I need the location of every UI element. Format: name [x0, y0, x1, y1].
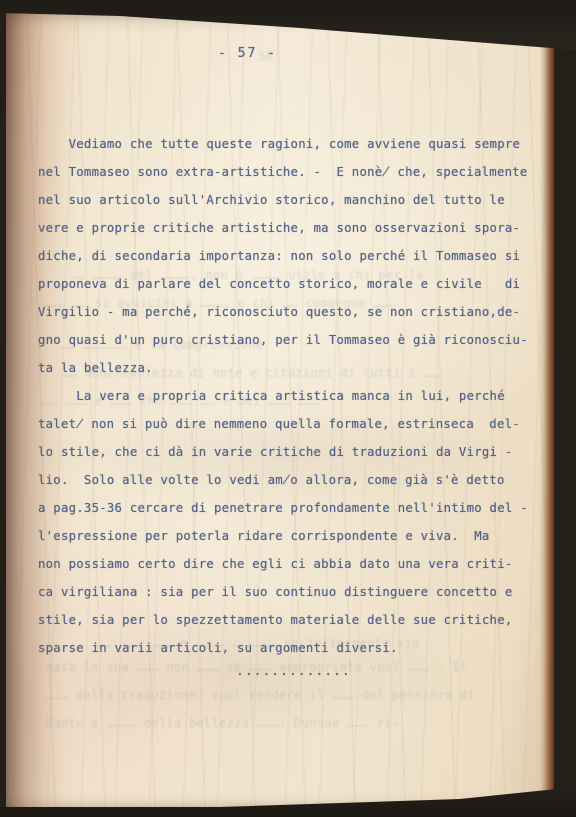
- paragraph-2: La vera e propria critica artistica manc…: [38, 382, 530, 662]
- text-line: Virgilio - ma perché, riconosciuto quest…: [38, 298, 530, 326]
- photo-of-manuscript-page: 58…… ………… del …………, non è ………… utile a c…: [0, 0, 576, 817]
- text-line: La vera e propria critica artistica manc…: [38, 382, 530, 410]
- ghost-line: Dante e ………… della bellezza ………. Dunque …: [46, 716, 400, 730]
- text-line: proponeva di parlare del concetto storic…: [38, 270, 530, 298]
- text-line: talet̸ non si può dire nemmeno quella fo…: [38, 410, 530, 438]
- typewritten-text: Vediamo che tutte queste ragioni, come a…: [38, 130, 530, 662]
- text-line: sparse in varii articoli, su argomenti d…: [38, 634, 530, 662]
- text-line: diche, di secondaria importanza: non sol…: [38, 242, 530, 270]
- stacked-page-edges: [540, 10, 554, 810]
- text-line: nel Tommaseo sono extra-artistiche. - E …: [38, 158, 530, 186]
- text-line: nel suo articolo sull'Archivio storico, …: [38, 186, 530, 214]
- text-line: gno quasi d'un puro cristiano, per il To…: [38, 326, 530, 354]
- text-line: ta la bellezza.: [38, 354, 530, 382]
- text-line: stile, sia per lo spezzettamento materia…: [38, 606, 530, 634]
- text-line: a pag.35-36 cercare di penetrare profond…: [38, 494, 530, 522]
- ellipsis-line: .............: [236, 664, 351, 679]
- text-line: lio. Solo alle volte lo vedi am̸o allora…: [38, 466, 530, 494]
- ghost-line: ……… della traduzione: vuol rendere il ………: [46, 688, 475, 702]
- text-line: vere e proprie critiche artistiche, ma s…: [38, 214, 530, 242]
- text-line: Vediamo che tutte queste ragioni, come a…: [38, 130, 530, 158]
- text-line: ca virgiliana : sia per il suo continuo …: [38, 578, 530, 606]
- paragraph-1: Vediamo che tutte queste ragioni, come a…: [38, 130, 530, 382]
- page-number: - 57 -: [218, 46, 277, 61]
- text-line: l'espressione per poterla ridare corrisp…: [38, 522, 530, 550]
- text-line: lo stile, che ci dà in varie critiche di…: [38, 438, 530, 466]
- text-line: non possiamo certo dire che egli ci abbi…: [38, 550, 530, 578]
